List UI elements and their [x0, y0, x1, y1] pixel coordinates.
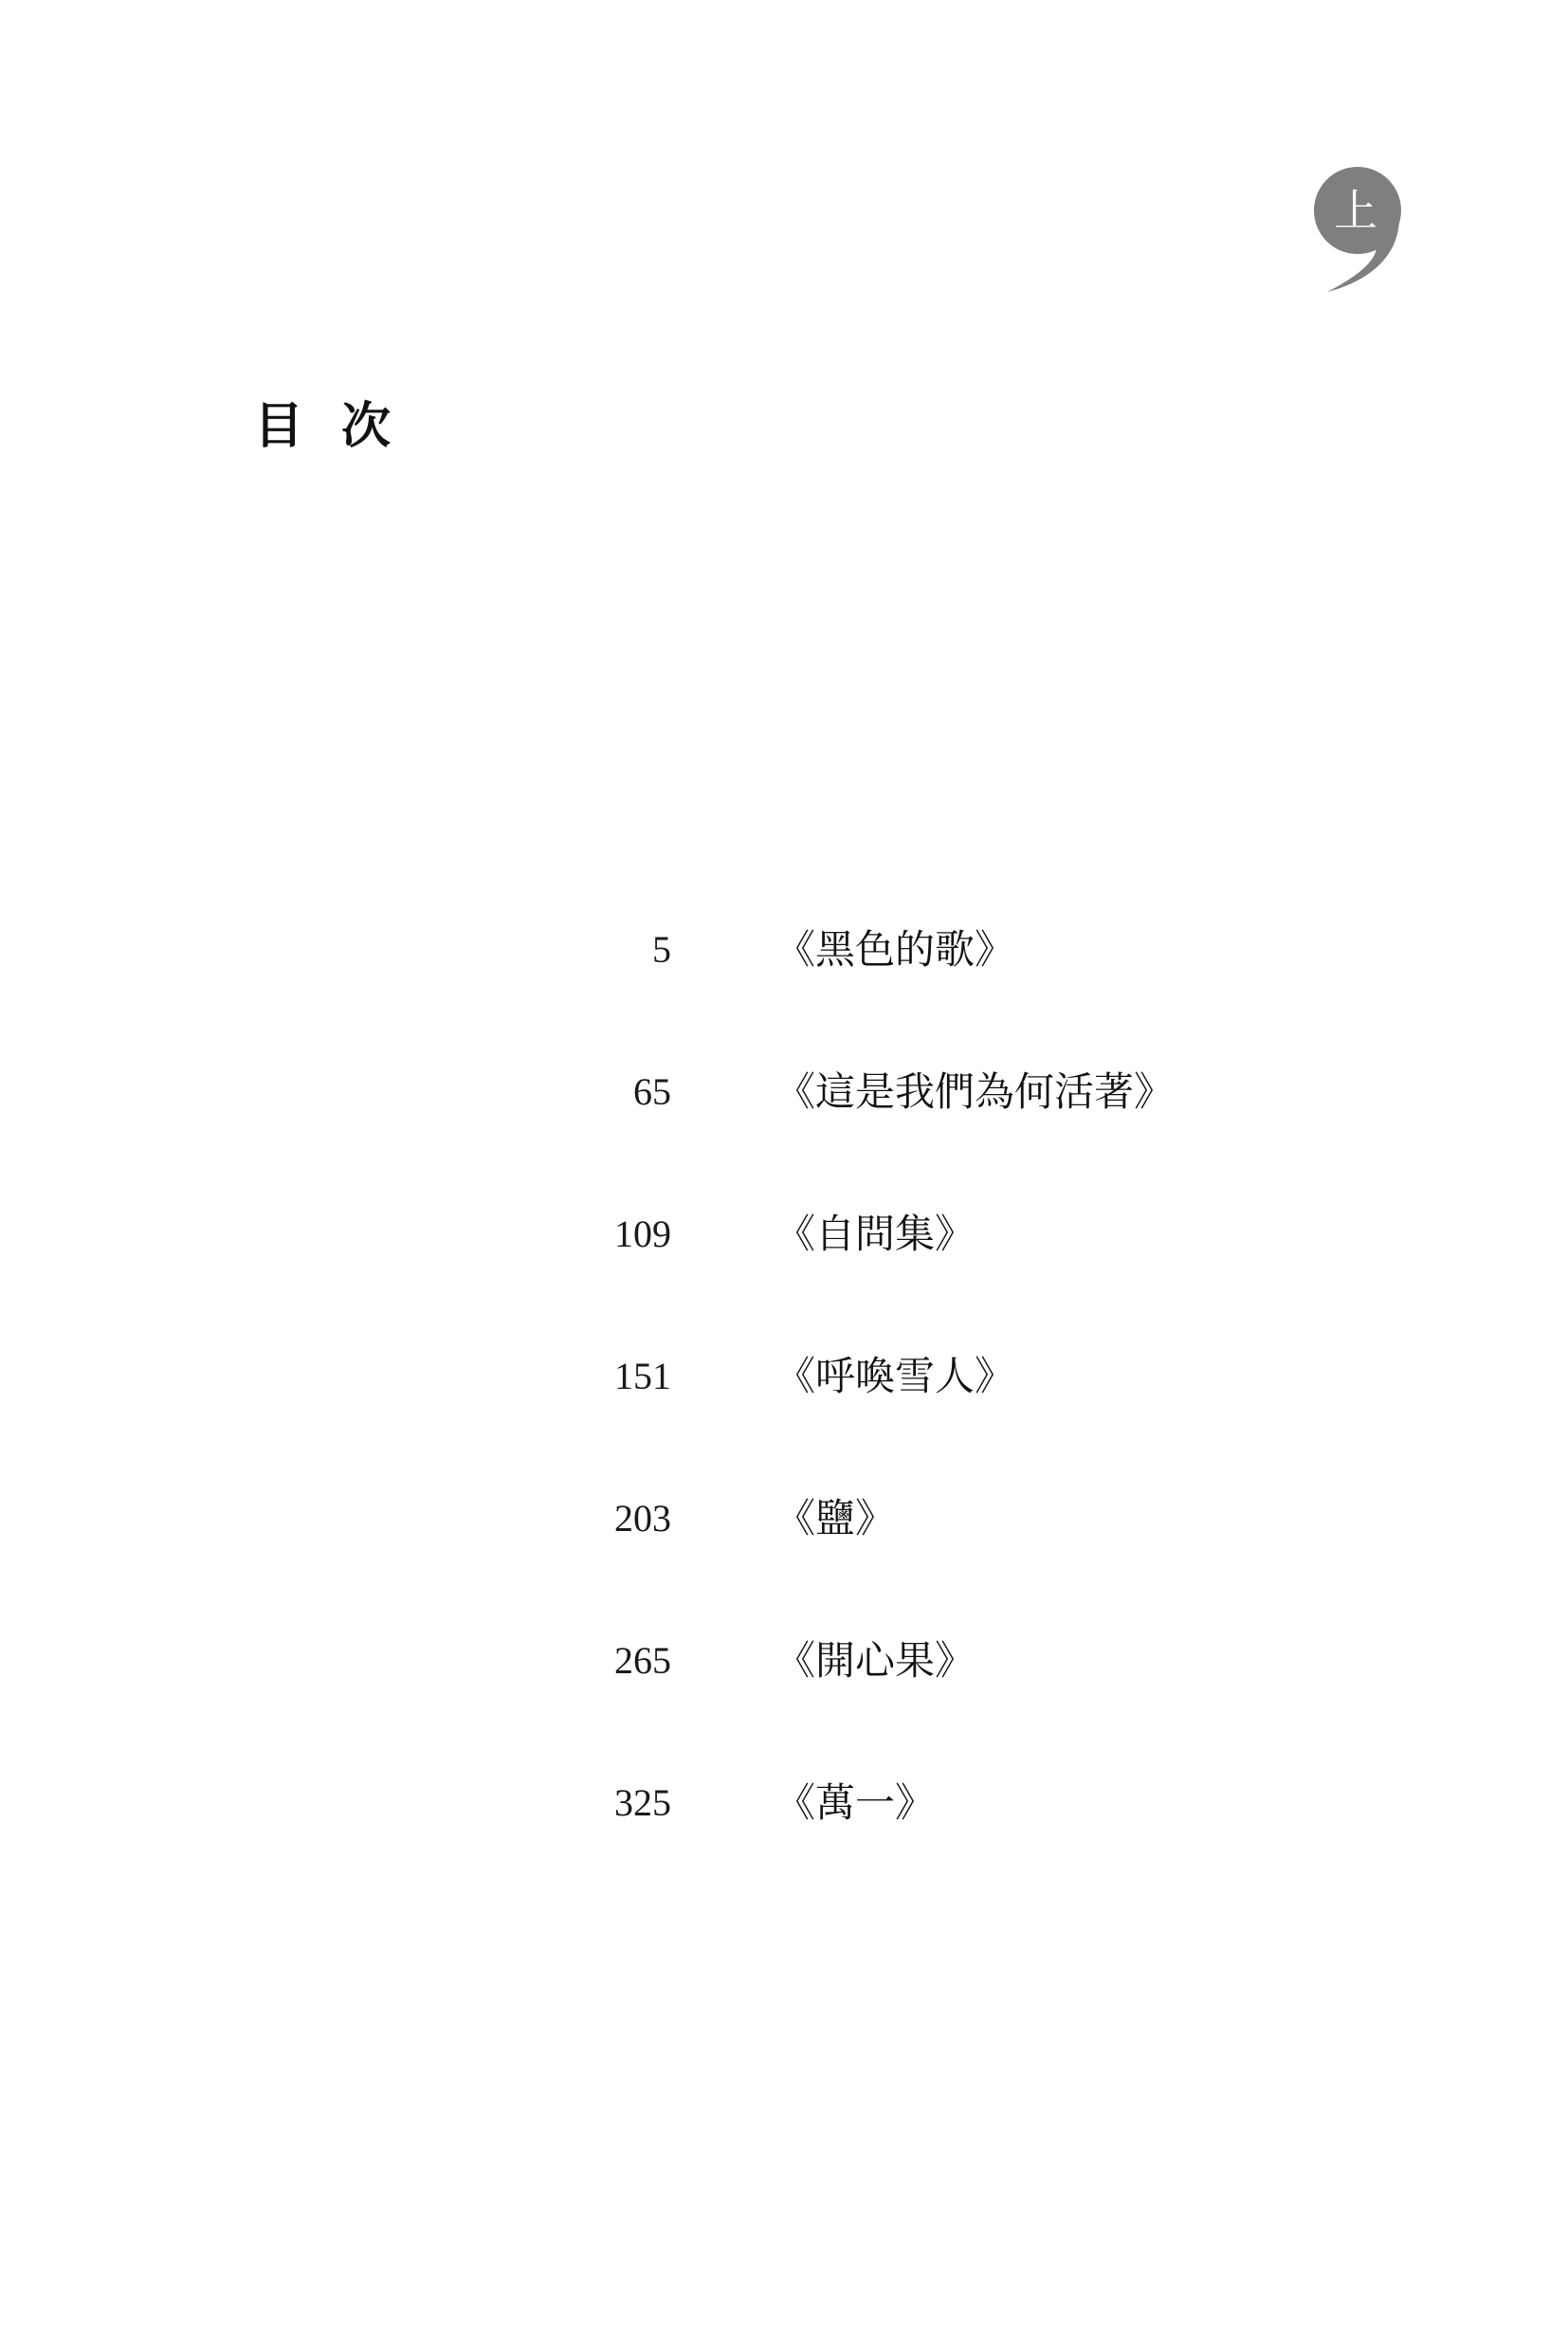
- comma-badge-icon: 上: [1308, 161, 1422, 299]
- volume-badge: 上: [1308, 161, 1422, 299]
- toc-page-number: 65: [531, 1064, 671, 1121]
- page-title: 目次: [254, 396, 428, 457]
- toc-entry-title: 《呼喚雪人》: [775, 1348, 1014, 1405]
- toc-entry-title: 《自問集》: [775, 1206, 975, 1263]
- toc-list: 5 《黑色的歌》 65 《這是我們為何活著》 109 《自問集》 151 《呼喚…: [531, 921, 1384, 1917]
- toc-row[interactable]: 325 《萬一》: [531, 1775, 1384, 1917]
- toc-page-number: 151: [531, 1348, 671, 1405]
- toc-row[interactable]: 109 《自問集》: [531, 1206, 1384, 1348]
- toc-row[interactable]: 5 《黑色的歌》: [531, 921, 1384, 1064]
- toc-page-number: 203: [531, 1490, 671, 1547]
- toc-entry-title: 《這是我們為何活著》: [775, 1064, 1174, 1121]
- toc-page-number: 109: [531, 1206, 671, 1263]
- toc-entry-title: 《黑色的歌》: [775, 921, 1014, 978]
- toc-row[interactable]: 265 《開心果》: [531, 1632, 1384, 1775]
- toc-row[interactable]: 151 《呼喚雪人》: [531, 1348, 1384, 1490]
- toc-entry-title: 《開心果》: [775, 1632, 975, 1689]
- toc-row[interactable]: 203 《鹽》: [531, 1490, 1384, 1632]
- toc-page-number: 5: [531, 921, 671, 978]
- volume-label: 上: [1334, 185, 1377, 236]
- toc-page-number: 325: [531, 1775, 671, 1832]
- toc-entry-title: 《萬一》: [775, 1775, 935, 1832]
- toc-row[interactable]: 65 《這是我們為何活著》: [531, 1064, 1384, 1206]
- toc-page-number: 265: [531, 1632, 671, 1689]
- toc-entry-title: 《鹽》: [775, 1490, 895, 1547]
